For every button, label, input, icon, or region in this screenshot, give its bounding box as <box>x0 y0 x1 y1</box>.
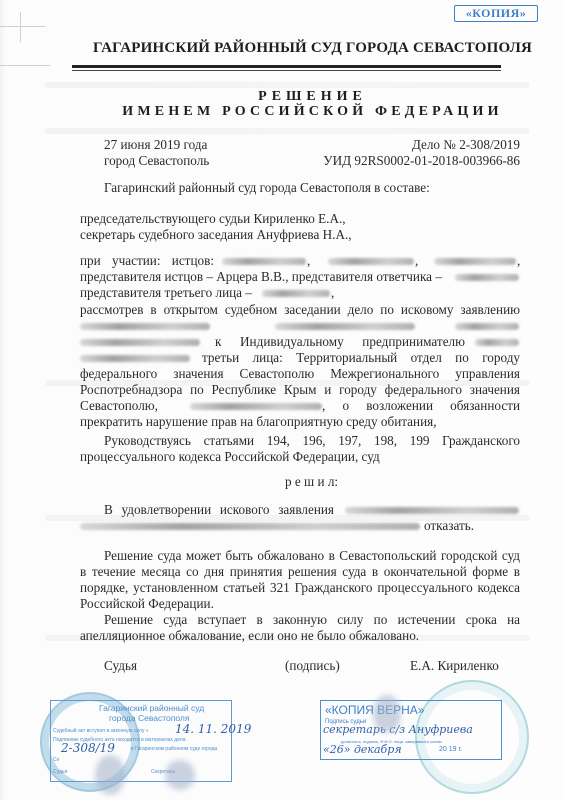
comma: , <box>331 285 334 301</box>
redacted-signature <box>95 755 125 795</box>
case-uid: УИД 92RS0002-01-2018-003966-86 <box>323 153 520 169</box>
redacted-name <box>262 290 330 297</box>
appeal-line-3: порядке, установленном статьей 321 Гражд… <box>80 580 520 596</box>
court-name-header: ГАГАРИНСКИЙ РАЙОННЫЙ СУД ГОРОДА СЕВАСТОП… <box>0 40 565 57</box>
comma: , <box>415 253 418 269</box>
redacted-name <box>455 323 519 330</box>
document-subtitle: ИМЕНЕМ РОССИЙСКОЙ ФЕДЕРАЦИИ <box>0 104 565 120</box>
show-through-text <box>45 128 530 134</box>
obligation-line: , о возложении обязанности <box>322 398 520 414</box>
redacted-name <box>222 258 306 265</box>
scan-margin-mark <box>0 65 50 66</box>
stamp-force-label: Судебный акт вступил в законную силу « <box>53 728 149 734</box>
stamp-judge-label: Судья <box>53 769 67 775</box>
redacted-name <box>328 258 414 265</box>
redacted-name <box>345 507 519 514</box>
plaintiffs-representative: представителя истцов – Арцера В.В., пред… <box>80 269 442 285</box>
decided-heading: р е ш и л: <box>285 474 338 490</box>
force-line-1: Решение суда вступает в законную силу по… <box>104 612 520 628</box>
appeal-line-4: Российской Федерации. <box>80 596 214 612</box>
redacted-name <box>80 355 190 362</box>
redacted-name <box>475 339 519 346</box>
third-parties-line-3: Роспотребнадзора по Республике Крым и го… <box>80 382 520 398</box>
guided-line-1: Руководствуясь статьями 194, 196, 197, 1… <box>104 433 520 449</box>
participation-label: при участии: истцов: <box>80 253 214 268</box>
certified-date: «26» декабря <box>323 743 402 756</box>
signature-placeholder: (подпись) <box>285 658 340 674</box>
redacted-name <box>275 323 415 330</box>
redacted-name <box>434 258 516 265</box>
signature-name: Е.А. Кириленко <box>410 658 499 674</box>
stamp-court-location: в Гагаринском районном суде города <box>131 746 217 752</box>
redacted-name <box>190 403 322 410</box>
scan-margin-mark <box>0 26 45 27</box>
show-through-text <box>45 82 530 88</box>
third-party-representative: представителя третьего лица – <box>80 285 252 301</box>
redacted-name <box>80 339 200 346</box>
stamp-case-number: 2-308/19 <box>61 741 115 755</box>
decision-city: город Севастополь <box>104 153 209 169</box>
stamp-force-date: 14. 11. 2019 <box>175 722 251 736</box>
stamp-court-name: Гагаринский районный суд <box>99 703 204 713</box>
third-parties-line-2: федерального значения Севастополю Межрег… <box>80 366 520 382</box>
stamp-city-fragment: Се <box>53 757 59 763</box>
presiding-judge: председательствующего судьи Кириленко Е.… <box>80 211 346 227</box>
guided-line-2: процессуального кодекса Российской Федер… <box>80 449 380 465</box>
redacted-signature <box>373 695 401 733</box>
header-rule-thick <box>72 65 501 68</box>
ruling-line-1: В удовлетворении искового заявления <box>104 502 334 518</box>
subject-line: прекратить нарушение прав на благоприятн… <box>80 414 437 430</box>
third-parties-line-4: Севастополю, <box>80 398 158 414</box>
document-page: «КОПИЯ» ГАГАРИНСКИЙ РАЙОННЫЙ СУД ГОРОДА … <box>0 0 565 800</box>
signature-role: Судья <box>104 658 137 674</box>
legal-force-stamp: Гагаринский районный суд города Севастоп… <box>50 700 232 782</box>
scan-margin-mark <box>20 12 21 42</box>
document-title: РЕШЕНИЕ <box>0 89 565 105</box>
comma: , <box>517 253 520 269</box>
defendant-line: к Индивидуальному предпринимателю <box>215 334 465 350</box>
header-rule-thin <box>72 70 501 71</box>
force-line-2: апелляционное обжалование, если оно не б… <box>80 628 419 644</box>
certified-year: 20 19 г. <box>439 746 462 753</box>
appeal-line-2: в течение месяца со дня принятия решения… <box>80 564 520 580</box>
appeal-line-1: Решение суда может быть обжаловано в Сев… <box>104 548 520 564</box>
case-number: Дело № 2-308/2019 <box>412 137 520 153</box>
comma: , <box>307 253 310 269</box>
considered-line: рассмотрев в открытом судебном заседании… <box>80 302 520 318</box>
ruling-line-2: отказать. <box>424 518 474 534</box>
copy-stamp: «КОПИЯ» <box>454 5 538 22</box>
third-parties-line-1: третьи лица: Территориальный отдел по го… <box>202 350 520 366</box>
redacted-name <box>455 274 519 281</box>
court-secretary: секретарь судебного заседания Ануфриева … <box>80 227 352 243</box>
composition-intro: Гагаринский районный суд города Севастоп… <box>104 180 430 196</box>
redacted-name <box>80 523 420 530</box>
certified-copy-stamp: «КОПИЯ ВЕРНА» Подпись судьи секретарь с/… <box>320 700 502 760</box>
decision-date: 27 июня 2019 года <box>104 137 207 153</box>
redacted-signature <box>165 760 195 790</box>
redacted-name <box>80 323 210 330</box>
